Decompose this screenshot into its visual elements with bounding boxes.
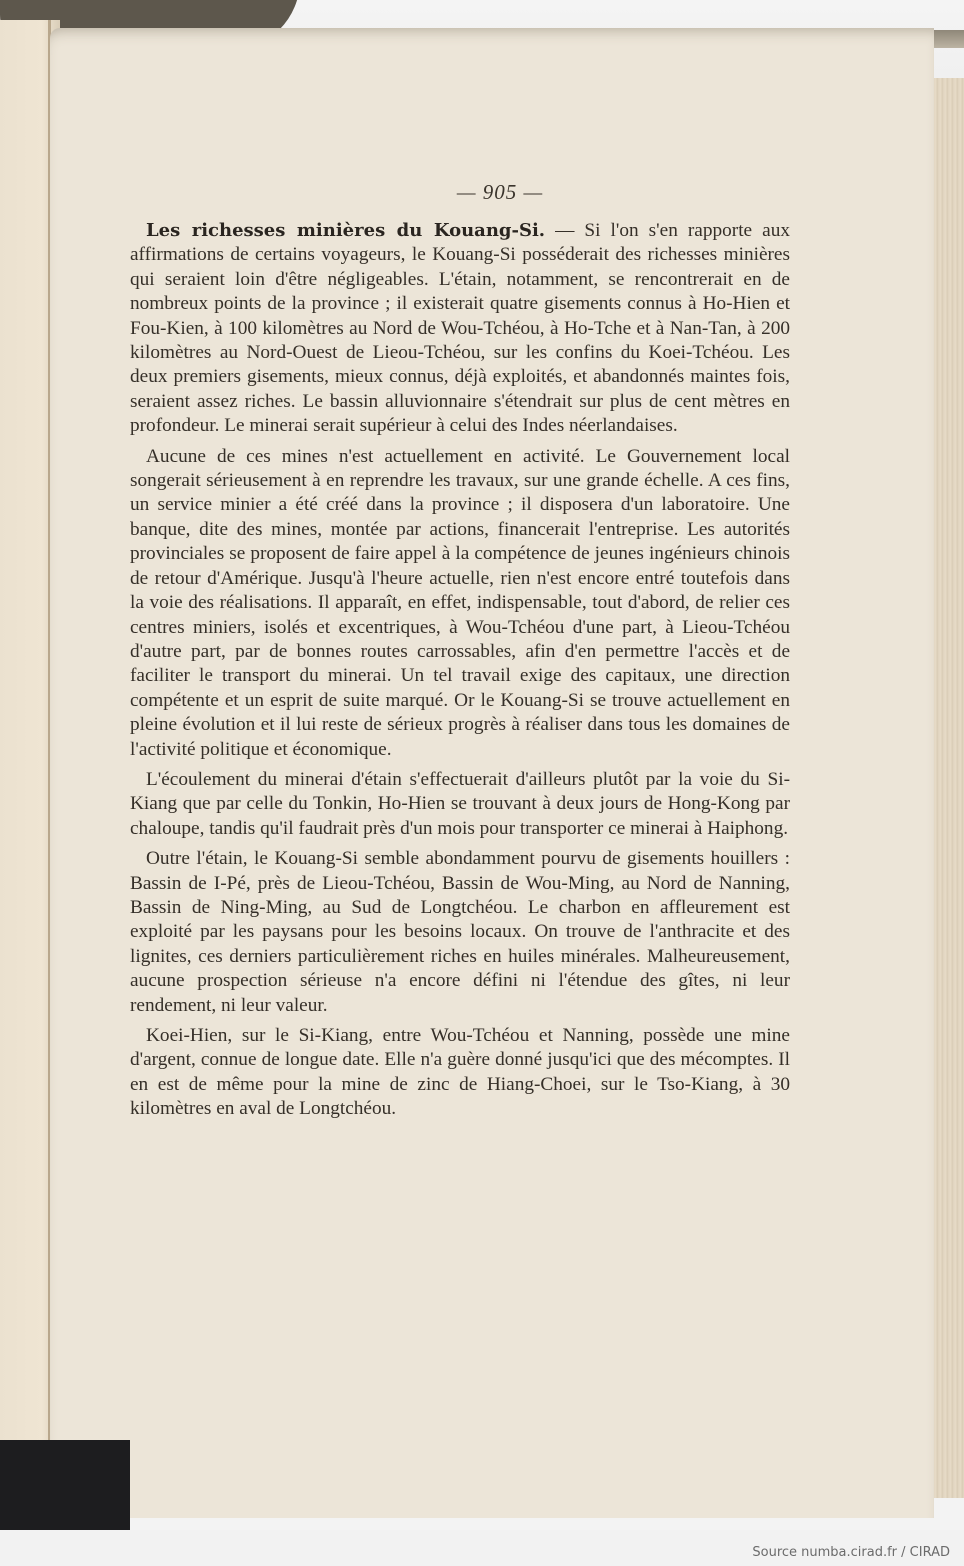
- page-content: — 905 — Les richesses minières du Kouang…: [130, 180, 790, 1128]
- page-number: — 905 —: [210, 180, 790, 205]
- paragraph-mines-inactive: Aucune de ces mines n'est actuellement e…: [130, 445, 790, 762]
- section-heading: Les richesses minières du Kouang-Si.: [146, 220, 545, 241]
- paragraph-tin-transport: L'écoulement du minerai d'étain s'effect…: [130, 768, 790, 841]
- paragraph-text: — Si l'on s'en rapporte aux affirmations…: [130, 220, 790, 436]
- book-cover-corner: [0, 1440, 130, 1530]
- paragraph-silver-zinc-mines: Koei-Hien, sur le Si-Kiang, entre Wou-Tc…: [130, 1024, 790, 1122]
- scanned-book-spread: — 905 — Les richesses minières du Kouang…: [0, 0, 964, 1530]
- source-credit: Source numba.cirad.fr / CIRAD: [752, 1545, 950, 1560]
- page-fore-edge: [934, 78, 964, 1498]
- paragraph-coal-deposits: Outre l'étain, le Kouang-Si semble abond…: [130, 847, 790, 1018]
- paragraph-mining-riches: Les richesses minières du Kouang-Si. — S…: [130, 219, 790, 439]
